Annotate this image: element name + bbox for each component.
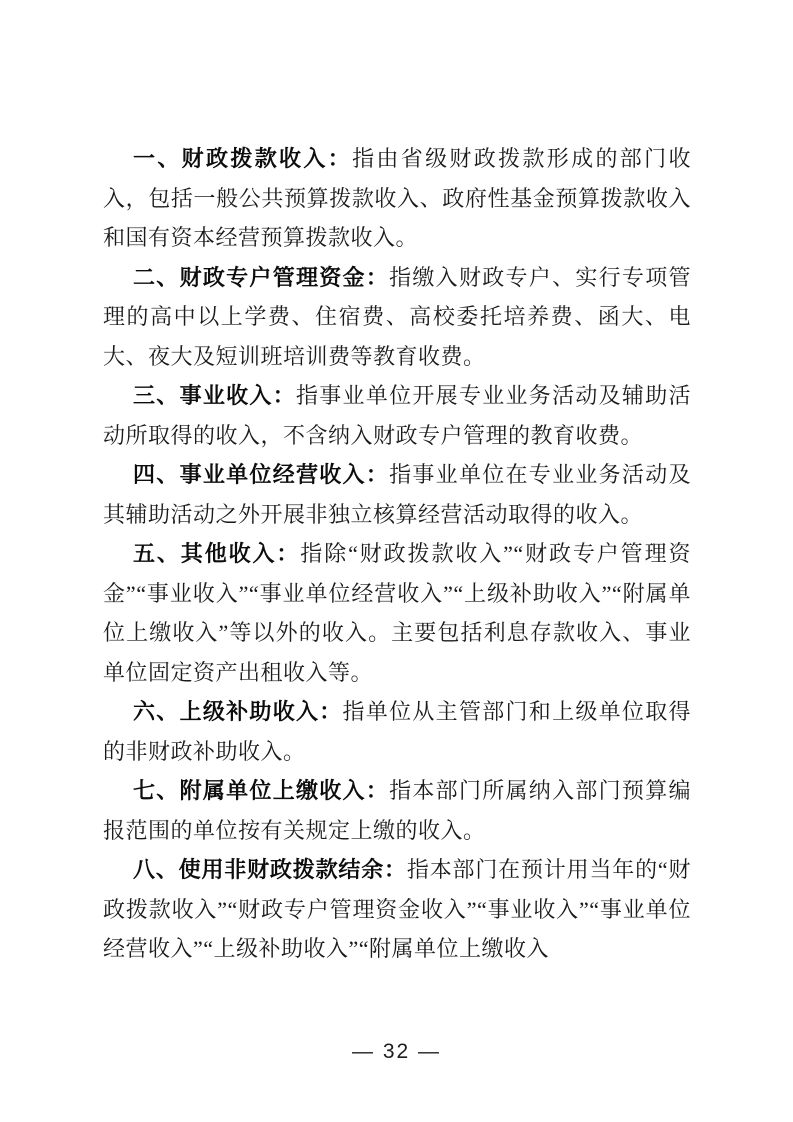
definition-paragraph: 八、使用非财政拨款结余：指本部门在预计用当年的“财政拨款收入”“财政专户管理资金…: [103, 850, 691, 969]
definition-paragraph: 一、财政拨款收入：指由省级财政拨款形成的部门收入，包括一般公共预算拨款收入、政府…: [103, 139, 691, 258]
term-label: 五、其他收入：: [133, 541, 300, 566]
definition-paragraph: 二、财政专户管理资金：指缴入财政专户、实行专项管理的高中以上学费、住宿费、高校委…: [103, 258, 691, 377]
term-label: 七、附属单位上缴收入：: [133, 778, 389, 803]
term-label: 一、财政拨款收入：: [133, 146, 352, 171]
page-footer: — 32 —: [0, 1040, 793, 1064]
definition-paragraph: 五、其他收入：指除“财政拨款收入”“财政专户管理资金”“事业收入”“事业单位经营…: [103, 534, 691, 692]
term-label: 四、事业单位经营收入：: [133, 462, 389, 487]
document-body: 一、财政拨款收入：指由省级财政拨款形成的部门收入，包括一般公共预算拨款收入、政府…: [103, 139, 691, 969]
term-label: 八、使用非财政拨款结余：: [133, 857, 407, 882]
definition-paragraph: 七、附属单位上缴收入：指本部门所属纳入部门预算编报范围的单位按有关规定上缴的收入…: [103, 771, 691, 850]
definition-paragraph: 三、事业收入：指事业单位开展专业业务活动及辅助活动所取得的收入，不含纳入财政专户…: [103, 376, 691, 455]
page-number: — 32 —: [352, 1040, 441, 1063]
term-label: 六、上级补助收入：: [133, 699, 343, 724]
document-page: 一、财政拨款收入：指由省级财政拨款形成的部门收入，包括一般公共预算拨款收入、政府…: [0, 0, 793, 1122]
term-label: 三、事业收入：: [133, 383, 296, 408]
definition-paragraph: 四、事业单位经营收入：指事业单位在专业业务活动及其辅助活动之外开展非独立核算经营…: [103, 455, 691, 534]
definition-paragraph: 六、上级补助收入：指单位从主管部门和上级单位取得的非财政补助收入。: [103, 692, 691, 771]
term-label: 二、财政专户管理资金：: [133, 265, 389, 290]
